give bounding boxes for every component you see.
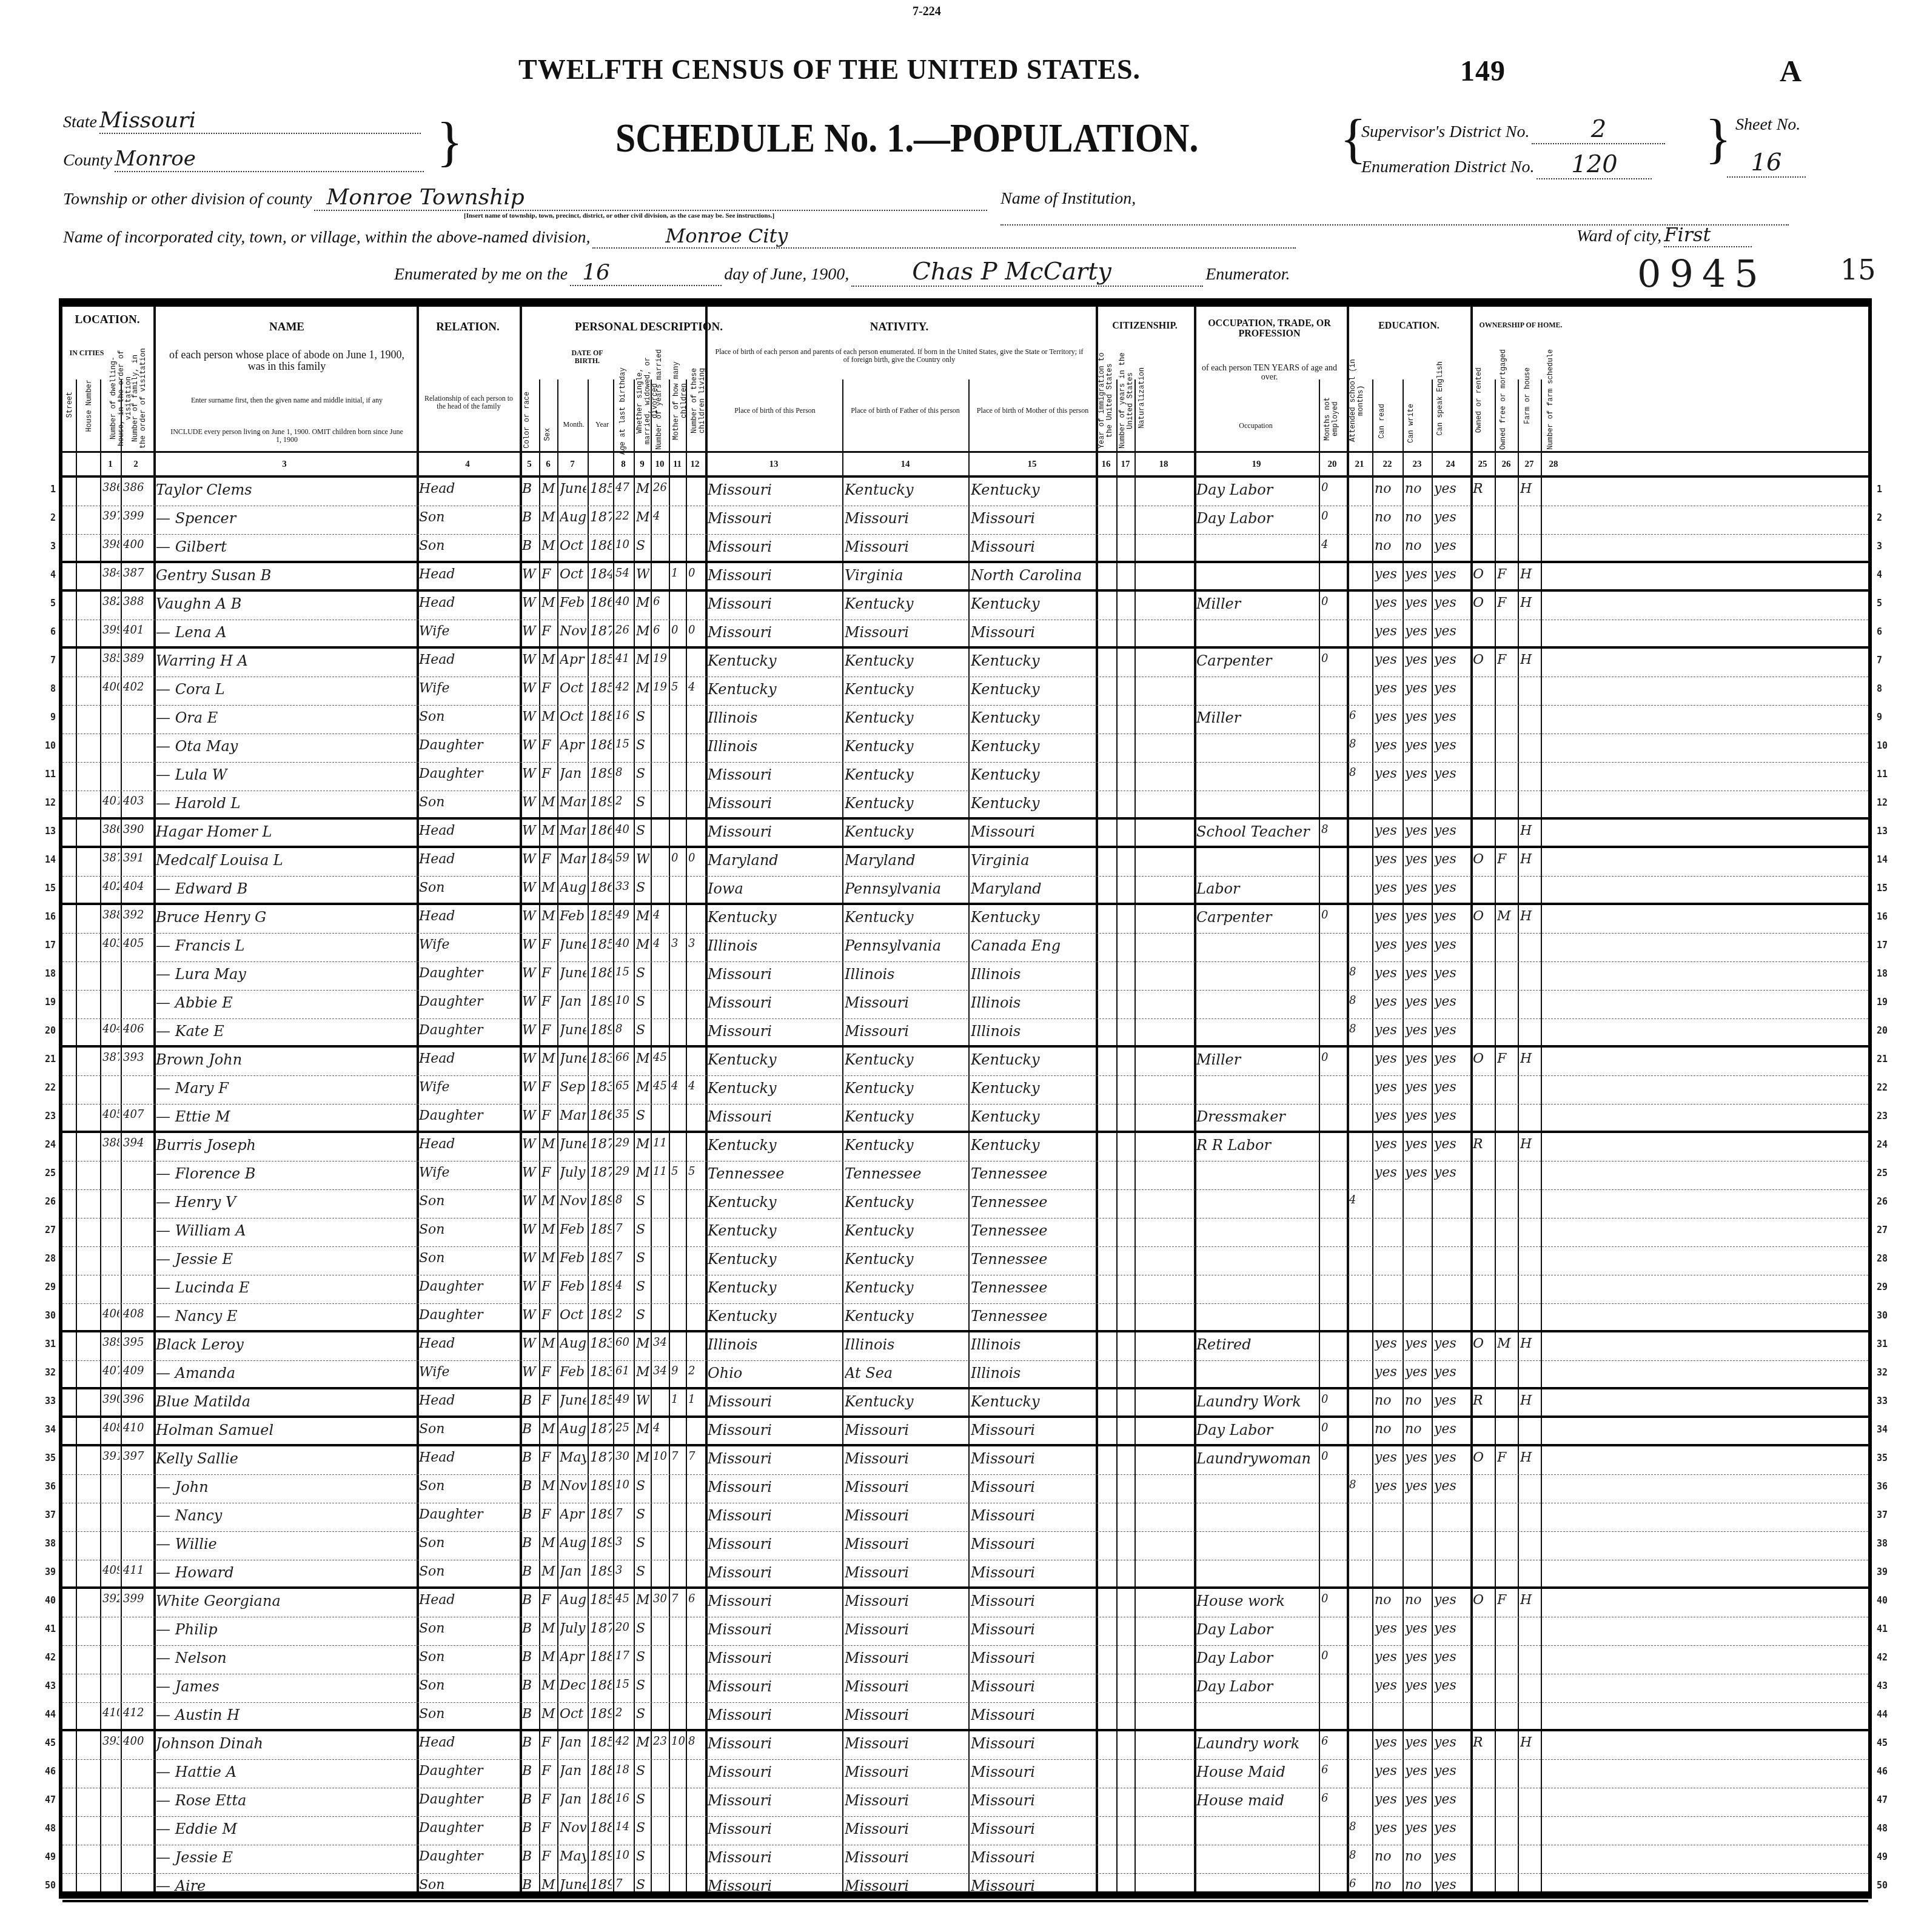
cell-read: no [1375, 510, 1401, 525]
line-number: 35 [1877, 1452, 1895, 1463]
table-row: — PhilipSonBMJuly187920SMissouriMissouri… [62, 1617, 1868, 1646]
cell-read: no [1375, 1422, 1401, 1437]
line-number: 21 [38, 1054, 56, 1065]
cell-age: 59 [615, 852, 632, 864]
cell-read: yes [1375, 1792, 1401, 1807]
cell-english: yes [1434, 624, 1468, 639]
cell-write: yes [1405, 1336, 1430, 1351]
cell-birth: Missouri [708, 1023, 841, 1040]
cell-write: yes [1405, 823, 1430, 838]
cell-father: Illinois [845, 1336, 967, 1353]
cell-age: 66 [615, 1051, 632, 1064]
cell-color: B [522, 1450, 538, 1465]
table-row: — Jessie EDaughterBFMay189010SMissouriMi… [62, 1845, 1868, 1874]
cell-relation: Head [419, 909, 517, 924]
cell-school: 8 [1349, 994, 1371, 1007]
line-number: 25 [1877, 1168, 1895, 1178]
column-number: 22 [1372, 460, 1403, 470]
table-row: — Rose EttaDaughterBFJan188416SMissouriM… [62, 1788, 1868, 1817]
cell-english: yes [1434, 1650, 1468, 1665]
cell-name: — James [156, 1678, 414, 1695]
cell-father: Kentucky [845, 1194, 967, 1211]
line-number: 13 [38, 826, 56, 837]
cell-dwelling: 404 [102, 1023, 119, 1035]
vh-can-write: Can write [1407, 404, 1415, 443]
cell-birth: Kentucky [708, 1308, 841, 1325]
cell-own: R [1473, 1393, 1493, 1408]
cell-month: Nov [560, 1194, 586, 1209]
column-number: 16 [1096, 460, 1116, 470]
line-number: 16 [1877, 911, 1895, 922]
cell-marital: M [636, 481, 649, 496]
cell-living: 2 [688, 1365, 703, 1377]
cell-color: W [522, 1080, 538, 1095]
cell-write: yes [1405, 624, 1430, 639]
enumerated-line: Enumerated by me on the 16 day of June, … [394, 258, 1290, 287]
table-row: — Lura MayDaughterWFJune188415SMissouriI… [62, 962, 1868, 991]
cell-birth: Kentucky [708, 652, 841, 669]
cell-month: Feb [560, 1251, 586, 1266]
cell-birth: Missouri [708, 1593, 841, 1609]
cell-relation: Wife [419, 1165, 517, 1180]
cell-occupation: House maid [1196, 1792, 1318, 1809]
schedule-title: SCHEDULE No. 1.—POPULATION. [615, 114, 1198, 162]
cell-relation: Son [419, 1479, 517, 1494]
cell-read: yes [1375, 1820, 1401, 1836]
cell-month: Jan [560, 1564, 586, 1579]
cell-write: yes [1405, 766, 1430, 781]
cell-family: 404 [123, 880, 150, 893]
cell-read: no [1375, 1849, 1401, 1864]
cell-unemp: 0 [1321, 1450, 1344, 1463]
line-number: 31 [38, 1339, 56, 1349]
cell-read: yes [1375, 880, 1401, 895]
cell-relation: Head [419, 1593, 517, 1608]
line-number: 49 [1877, 1851, 1895, 1862]
state-value: Missouri [99, 108, 421, 134]
cell-mother-birth: Missouri [971, 1650, 1094, 1666]
cell-age: 26 [615, 624, 632, 637]
cell-name: — Howard [156, 1564, 414, 1581]
cell-month: Apr [560, 1650, 586, 1665]
cell-read: yes [1375, 966, 1401, 981]
cell-father: Missouri [845, 510, 967, 527]
cell-sex: M [541, 1051, 556, 1066]
line-number: 50 [1877, 1880, 1895, 1891]
cell-relation: Daughter [419, 1308, 517, 1323]
cell-father: Kentucky [845, 681, 967, 698]
line-number: 38 [38, 1538, 56, 1549]
table-row: — NancyDaughterBFApr18937SMissouriMissou… [62, 1503, 1868, 1532]
cell-family: 402 [123, 681, 150, 694]
cell-mother-birth: Kentucky [971, 681, 1094, 698]
cell-color: B [522, 1706, 538, 1722]
cell-yrs-married: 10 [653, 1450, 668, 1463]
cell-sex: F [541, 966, 556, 981]
cell-yrs-married: 19 [653, 652, 668, 665]
cell-month: Aug [560, 1422, 586, 1437]
header-date-of-birth: DATE OF BIRTH. [558, 349, 616, 364]
table-row: — NelsonSonBMApr188317SMissouriMissouriM… [62, 1646, 1868, 1674]
line-number: 30 [1877, 1310, 1895, 1321]
cell-color: W [522, 1194, 538, 1209]
cell-english: yes [1434, 1678, 1468, 1693]
cell-mother-birth: Missouri [971, 538, 1094, 555]
cell-unemp: 0 [1321, 481, 1344, 494]
cell-birth: Missouri [708, 538, 841, 555]
column-number: 11 [669, 460, 686, 470]
cell-mother-birth: Missouri [971, 1735, 1094, 1752]
cell-write: yes [1405, 880, 1430, 895]
cell-sex: M [541, 652, 556, 667]
cell-year: 1884 [590, 966, 612, 981]
cell-english: yes [1434, 1365, 1468, 1380]
cell-farm: H [1520, 1336, 1540, 1351]
cell-school: 8 [1349, 1820, 1371, 1833]
line-number: 49 [38, 1851, 56, 1862]
cell-write: no [1405, 538, 1430, 553]
cell-father: Tennessee [845, 1165, 967, 1182]
cell-relation: Son [419, 538, 517, 553]
cell-own: O [1473, 652, 1493, 667]
cell-color: W [522, 937, 538, 952]
cell-age: 29 [615, 1137, 632, 1149]
cell-dwelling: 402 [102, 880, 119, 893]
cell-month: Mar [560, 852, 586, 867]
cell-read: yes [1375, 681, 1401, 696]
township-note: [Insert name of township, town, precinct… [464, 212, 774, 219]
cell-dwelling: 390 [102, 1393, 119, 1406]
cell-english: yes [1434, 1792, 1468, 1807]
cell-father: Missouri [845, 1650, 967, 1666]
cell-free: F [1497, 652, 1517, 667]
cell-read: yes [1375, 1165, 1401, 1180]
cell-read: yes [1375, 1650, 1401, 1665]
cell-marital: S [636, 1479, 649, 1494]
line-number: 32 [1877, 1367, 1895, 1378]
cell-english: yes [1434, 966, 1468, 981]
cell-name: — Jessie E [156, 1251, 414, 1268]
cell-father: Pennsylvania [845, 880, 967, 897]
cell-father: Kentucky [845, 1222, 967, 1239]
column-number: 5 [520, 460, 539, 470]
cell-color: W [522, 567, 538, 582]
cell-write: yes [1405, 567, 1430, 582]
cell-unemp: 0 [1321, 1593, 1344, 1605]
cell-father: Missouri [845, 1678, 967, 1695]
line-number: 38 [1877, 1538, 1895, 1549]
cell-occupation: House work [1196, 1593, 1318, 1609]
cell-marital: Wd [636, 1393, 649, 1408]
cell-color: B [522, 538, 538, 553]
cell-dwelling: 403 [102, 937, 119, 950]
cell-year: 1851 [590, 909, 612, 924]
cell-relation: Son [419, 1222, 517, 1237]
line-number: 47 [1877, 1794, 1895, 1805]
cell-write: no [1405, 1422, 1430, 1437]
cell-color: B [522, 1820, 538, 1836]
cell-name: Gentry Susan B [156, 567, 414, 584]
cell-family: 408 [123, 1308, 150, 1320]
cell-color: B [522, 510, 538, 525]
cell-mother: 7 [671, 1593, 685, 1605]
cell-father: Missouri [845, 1450, 967, 1467]
cell-sex: M [541, 1137, 556, 1152]
cell-sex: M [541, 709, 556, 724]
cell-relation: Head [419, 481, 517, 496]
line-number: 40 [1877, 1595, 1895, 1606]
county-value: Monroe [115, 147, 424, 172]
state-field: State Missouri [63, 108, 439, 135]
cell-sex: M [541, 510, 556, 525]
institution-field: Name of Institution, [1000, 189, 1907, 229]
cell-birth: Missouri [708, 766, 841, 783]
cell-relation: Daughter [419, 1023, 517, 1038]
cell-year: 1854 [590, 1593, 612, 1608]
cell-english: yes [1434, 595, 1468, 610]
cell-age: 3 [615, 1536, 632, 1548]
cell-age: 8 [615, 1023, 632, 1035]
cell-month: May [560, 1450, 586, 1465]
cell-dwelling: 388 [102, 1137, 119, 1149]
cell-marital: S [636, 1536, 649, 1551]
cell-marital: S [636, 538, 649, 553]
cell-own: R [1473, 481, 1493, 496]
column-number: 15 [968, 460, 1096, 470]
cell-father: Kentucky [845, 1108, 967, 1125]
line-number: 3 [38, 541, 56, 552]
cell-mother-birth: Missouri [971, 1422, 1094, 1439]
cell-occupation: Day Labor [1196, 1621, 1318, 1638]
column-number: 27 [1518, 460, 1541, 470]
cell-age: 33 [615, 880, 632, 893]
column-number: 4 [417, 460, 518, 470]
cell-mother-birth: Canada Eng [971, 937, 1094, 954]
cell-write: no [1405, 1593, 1430, 1608]
cell-family: 412 [123, 1706, 150, 1719]
line-number: 34 [1877, 1424, 1895, 1435]
cell-father: Missouri [845, 1564, 967, 1581]
cell-english: yes [1434, 567, 1468, 582]
vh-can-speak-english: Can speak English [1436, 361, 1444, 435]
cell-sex: F [541, 1593, 556, 1608]
line-number: 18 [1877, 968, 1895, 979]
cell-marital: S [636, 1564, 649, 1579]
cell-father: Missouri [845, 1763, 967, 1780]
cell-own: O [1473, 595, 1493, 610]
cell-read: yes [1375, 766, 1401, 781]
cell-name: — Kate E [156, 1023, 414, 1040]
header-citizenship: CITIZENSHIP. [1096, 321, 1193, 332]
header-occupation-desc: of each person TEN YEARS of age and over… [1195, 364, 1344, 382]
cell-year: 1874 [590, 1422, 612, 1437]
cell-read: yes [1375, 738, 1401, 753]
line-number: 13 [1877, 826, 1895, 837]
cell-mother-birth: Tennessee [971, 1251, 1094, 1268]
cell-read: yes [1375, 624, 1401, 639]
cell-read: yes [1375, 994, 1401, 1009]
table-row: — Ora ESonWMOct188316SIllinoisKentuckyKe… [62, 706, 1868, 734]
cell-write: no [1405, 510, 1430, 525]
vh-children-living: Number of these children living [691, 349, 706, 452]
cell-year: 1896 [590, 1536, 612, 1551]
line-number: 5 [1877, 598, 1895, 609]
line-number: 36 [38, 1481, 56, 1492]
cell-dwelling: 401 [102, 795, 119, 807]
cell-month: Aug [560, 880, 586, 895]
cell-birth: Kentucky [708, 909, 841, 926]
table-row: — Eddie MDaughterBFNov188514SMissouriMis… [62, 1817, 1868, 1845]
line-number: 12 [1877, 797, 1895, 808]
cell-relation: Daughter [419, 1763, 517, 1779]
cell-marital: Wd [636, 567, 649, 582]
cell-marital: M [636, 909, 649, 924]
cell-age: 16 [615, 709, 632, 722]
cell-age: 18 [615, 1763, 632, 1776]
cell-english: yes [1434, 1137, 1468, 1152]
cell-family: 406 [123, 1023, 150, 1035]
line-number: 29 [38, 1282, 56, 1292]
header-ownership: OWNERSHIP OF HOME. [1472, 321, 1569, 329]
cell-dwelling: 405 [102, 1108, 119, 1121]
cell-father: Kentucky [845, 738, 967, 755]
cell-yrs-married: 26 [653, 481, 668, 494]
cell-mother-birth: Kentucky [971, 1080, 1094, 1097]
cell-read: yes [1375, 595, 1401, 610]
cell-age: 16 [615, 1792, 632, 1805]
header-location: LOCATION. [62, 314, 152, 326]
cell-marital: M [636, 1422, 649, 1437]
cell-marital: S [636, 1849, 649, 1864]
cell-birth: Maryland [708, 852, 841, 869]
cell-read: yes [1375, 1108, 1401, 1123]
cell-relation: Head [419, 1735, 517, 1750]
cell-color: B [522, 1479, 538, 1494]
table-row: 387393Brown JohnHeadWMJune183566M45Kentu… [62, 1048, 1868, 1076]
table-row: 408410Holman SamuelSonBMAug187425M4Misso… [62, 1418, 1868, 1446]
cell-english: yes [1434, 1877, 1468, 1893]
cell-birth: Missouri [708, 1450, 841, 1467]
cell-mother: 9 [671, 1365, 685, 1377]
cell-birth: Tennessee [708, 1165, 841, 1182]
cell-birth: Missouri [708, 1877, 841, 1894]
cell-relation: Daughter [419, 1108, 517, 1123]
cell-age: 40 [615, 937, 632, 950]
cell-yrs-married: 30 [653, 1593, 668, 1605]
cell-year: 1865 [590, 1108, 612, 1123]
cell-sex: F [541, 766, 556, 781]
cell-sex: F [541, 567, 556, 582]
cell-father: Pennsylvania [845, 937, 967, 954]
cell-write: yes [1405, 1678, 1430, 1693]
cell-birth: Illinois [708, 937, 841, 954]
cell-living: 4 [688, 681, 703, 694]
cell-yrs-married: 4 [653, 1422, 668, 1434]
cell-relation: Daughter [419, 966, 517, 981]
cell-yrs-married: 45 [653, 1051, 668, 1064]
cell-occupation: Carpenter [1196, 652, 1318, 669]
cell-english: yes [1434, 481, 1468, 496]
line-number: 7 [38, 655, 56, 666]
cell-read: yes [1375, 1678, 1401, 1693]
cell-write: yes [1405, 966, 1430, 981]
cell-dwelling: 408 [102, 1422, 119, 1434]
cell-mother-birth: Missouri [971, 624, 1094, 641]
cell-month: July [560, 1165, 586, 1180]
cell-year: 1891 [590, 1023, 612, 1038]
cell-marital: M [636, 681, 649, 696]
cell-occupation: House Maid [1196, 1763, 1318, 1780]
cell-relation: Daughter [419, 738, 517, 753]
cell-write: yes [1405, 1450, 1430, 1465]
cell-occupation: Day Labor [1196, 510, 1318, 527]
column-number: 1 [100, 460, 121, 470]
cell-english: yes [1434, 937, 1468, 952]
cell-father: Missouri [845, 1422, 967, 1439]
cell-name: — Lura May [156, 966, 414, 983]
cell-birth: Missouri [708, 595, 841, 612]
cell-own: O [1473, 852, 1493, 867]
cell-birth: Missouri [708, 1564, 841, 1581]
header-occupation-sub: Occupation [1195, 422, 1316, 430]
line-number: 17 [38, 940, 56, 951]
cell-write: yes [1405, 681, 1430, 696]
cell-unemp: 0 [1321, 652, 1344, 665]
cell-year: 1870 [590, 1165, 612, 1180]
cell-month: Jan [560, 1792, 586, 1807]
cell-month: June [560, 481, 586, 496]
line-number: 42 [1877, 1652, 1895, 1663]
cell-relation: Wife [419, 1365, 517, 1380]
cell-father: Missouri [845, 1593, 967, 1609]
cell-color: W [522, 1308, 538, 1323]
cell-family: 396 [123, 1393, 150, 1406]
cell-father: Missouri [845, 1479, 967, 1496]
table-row: — Abbie EDaughterWFJan189010SMissouriMis… [62, 991, 1868, 1019]
cell-year: 1866 [590, 880, 612, 895]
county-label: County [63, 151, 112, 170]
line-number: 19 [38, 997, 56, 1008]
line-number: 33 [1877, 1396, 1895, 1406]
cell-unemp: 0 [1321, 1650, 1344, 1662]
cell-father: Maryland [845, 852, 967, 869]
cell-farm: H [1520, 1735, 1540, 1750]
cell-year: 1861 [590, 595, 612, 610]
table-row: 384387Gentry Susan BHeadWFOct184554Wd10M… [62, 563, 1868, 592]
cell-name: — Ota May [156, 738, 414, 755]
cell-year: 1890 [590, 1849, 612, 1864]
cell-birth: Kentucky [708, 1194, 841, 1211]
cell-age: 45 [615, 1593, 632, 1605]
cell-color: B [522, 1393, 538, 1408]
cell-color: B [522, 1422, 538, 1437]
cell-birth: Missouri [708, 1735, 841, 1752]
cell-name: — Nelson [156, 1650, 414, 1666]
line-number: 23 [38, 1111, 56, 1121]
sheet-letter: A [1780, 53, 1802, 89]
cell-read: yes [1375, 823, 1401, 838]
line-number: 23 [1877, 1111, 1895, 1121]
cell-unemp: 8 [1321, 823, 1344, 836]
cell-write: yes [1405, 1080, 1430, 1095]
cell-occupation: Dressmaker [1196, 1108, 1318, 1125]
cell-marital: S [636, 1792, 649, 1807]
cell-month: Oct [560, 1706, 586, 1722]
cell-family: 407 [123, 1108, 150, 1121]
cell-read: yes [1375, 909, 1401, 924]
cell-sex: F [541, 1308, 556, 1323]
column-number: 9 [634, 460, 651, 470]
